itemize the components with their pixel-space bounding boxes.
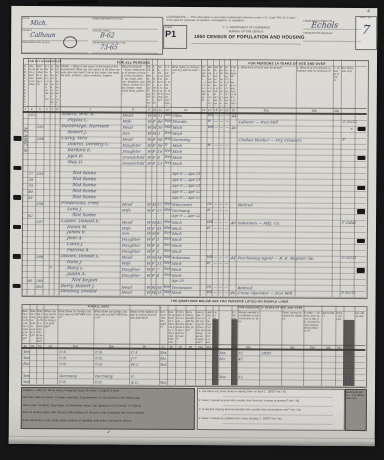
cell-sex: F	[152, 160, 155, 165]
sample-line-stamp-left	[13, 284, 21, 288]
cell-occupation: Salesman — Mfg. Co.	[238, 220, 281, 225]
sample-cell-grade: C-1	[131, 349, 139, 354]
sample-col-number-10: 30	[185, 345, 195, 349]
cell-marital: Nev	[164, 160, 172, 164]
cell-dash: —	[224, 208, 228, 212]
cell-marital: Nev	[164, 231, 172, 235]
sample-col-number-8: 28	[167, 345, 175, 349]
main-col-header-11: Is he now married, widowed, divorced, se…	[165, 66, 171, 106]
sample-col-header-21: Other service	[336, 312, 343, 344]
enumerator-signature: Echols	[311, 21, 339, 30]
sheet-no-label: SHEET NO.	[357, 17, 375, 21]
main-col-header-13: If foreign born — Is he naturalized?	[202, 66, 207, 106]
cell-dash: —	[224, 202, 228, 206]
cell-relationship: Daughter	[121, 249, 140, 254]
cell-activity: H	[207, 143, 211, 147]
cell-not-home: Not home	[72, 172, 97, 177]
sample-col-header-19: If male — Did he ever serve in the U.S. …	[304, 312, 321, 344]
main-col-header-3: Is this house on a farm (or ranch)?	[45, 65, 50, 105]
field-value-4: B-62	[100, 32, 115, 39]
cell-relationship: Head	[122, 113, 133, 118]
main-col-header-6: NAME — What is the name of the head of t…	[61, 65, 121, 105]
cell-relationship: Daughter	[122, 243, 141, 248]
cell-relationship: Head	[122, 201, 133, 206]
page-bottom-curl	[9, 438, 375, 446]
cell-race: W	[146, 255, 151, 260]
cell-birthplace: Mich	[172, 155, 183, 160]
cell-age: 58	[156, 284, 162, 289]
cell-house-number: 80	[28, 189, 34, 194]
cell-house-number: 81	[28, 195, 34, 200]
sample-cell-father: Germany	[59, 373, 78, 378]
sample-cell-21: Yes	[22, 348, 29, 353]
cell-serial-number: 299	[35, 278, 43, 283]
cell-race: W	[147, 119, 152, 124]
cell-relationship: Head	[122, 125, 133, 130]
cell-race: W	[147, 113, 152, 118]
sample-col-number-21: 33c	[335, 346, 343, 350]
cell-marital: Wid	[163, 284, 171, 288]
cell-dash: —	[214, 125, 218, 129]
cell-not-home: Not home	[72, 183, 97, 188]
cell-sex: F	[151, 261, 154, 266]
sample-cell-mother: U.S.	[95, 349, 104, 354]
sample-line-stamp-right	[357, 127, 365, 131]
confidential-note: CONFIDENTIAL — This information is accor…	[166, 16, 296, 25]
main-col-header-8: RACE — White (W) Negro (Neg) Amer. India…	[147, 66, 152, 106]
cell-dash: —	[213, 285, 217, 289]
census-title: 1950 CENSUS OF POPULATION AND HOUSING	[194, 34, 304, 40]
cell-race: W	[146, 202, 151, 207]
cell-dash: —	[218, 261, 222, 265]
cell-race: W	[146, 261, 151, 266]
sample-cell-grade: A.C.	[131, 379, 140, 384]
cell-age: 46	[157, 119, 163, 124]
cell-name: Fredericks, Fred	[61, 201, 99, 206]
cell-relationship: Son	[122, 231, 130, 236]
field-value-0: Mich.	[30, 20, 48, 27]
sample-cell-29: Yes	[219, 374, 226, 379]
sample-cell-finished: No	[160, 355, 166, 360]
title-rule	[191, 43, 301, 45]
cell-occupation: Retired	[238, 202, 253, 207]
cell-hours: 40	[230, 291, 236, 296]
sample-line-stamp-right	[357, 156, 365, 160]
cell-callback-note: Apr 20	[171, 278, 184, 282]
cell-relationship: Head	[122, 219, 133, 224]
cell-relationship: Head	[122, 137, 133, 142]
cell-dash: —	[219, 143, 223, 147]
cell-birthplace: Mich	[171, 231, 182, 236]
sample-col-number-12: 31b	[205, 345, 212, 349]
cell-name: Davies, Donald L.	[60, 254, 100, 259]
cell-dash: —	[224, 285, 228, 289]
field-value-1: Calhoun	[30, 32, 56, 39]
cell-age: 34	[156, 255, 162, 260]
cell-race: W	[147, 131, 152, 136]
cell-birthplace: Mich	[172, 149, 183, 154]
cell-age: 51	[157, 113, 163, 118]
shaded-column-13	[212, 319, 218, 385]
sample-col-header-12: Last year, how much money did he earn in…	[206, 311, 212, 343]
scanned-census-sheet: STATEMich.COUNTYCalhounINCORPORATED PLAC…	[0, 0, 384, 460]
cell-marital: Mar	[164, 225, 172, 229]
census-page: STATEMich.COUNTYCalhounINCORPORATED PLAC…	[9, 6, 378, 446]
cell-house-number: 85	[27, 278, 33, 283]
sample-col-number-7: 27	[159, 345, 167, 349]
cell-name: James E.	[67, 231, 87, 236]
cell-race: W	[146, 290, 151, 295]
sample-col-header-23: For office use	[355, 312, 365, 344]
cell-birthplace: Mich	[171, 225, 182, 230]
sample-line-stamp-left	[13, 225, 21, 229]
sample-col-header-11: Last year, how much money did he earn wo…	[196, 311, 205, 343]
cell-name: Dobrin, Dorothy C.	[67, 142, 110, 147]
cell-house-number: 82	[28, 213, 34, 218]
cell-relationship: Head	[121, 284, 132, 289]
main-col-number-20: 20b	[296, 109, 333, 113]
cell-activity: Wk	[207, 113, 213, 117]
cell-dash: —	[219, 226, 223, 230]
cell-birthplace: Ohio	[172, 113, 182, 118]
sample-col-header-20: World War I	[322, 312, 335, 344]
cell-race: W	[146, 231, 151, 236]
sample-col-number-5: 25b	[93, 344, 129, 348]
cell-race: W	[147, 160, 152, 165]
sample-col-header-10: How many weeks did he work last year?	[186, 311, 195, 343]
cell-sex: F	[152, 208, 155, 213]
cell-name: May D.	[67, 160, 83, 165]
cell-occupation: Crane Operator — Iron Mill	[237, 291, 292, 296]
main-col-number-18: 19	[230, 108, 237, 112]
main-col-header-17: Even though he didn't work last week, do…	[225, 66, 230, 106]
noise-dot-1	[351, 128, 353, 130]
cell-name: Albers, Wm. R.	[61, 113, 95, 118]
sample-col-header-4: What State (or foreign country) was his …	[58, 310, 93, 342]
cell-race: W	[146, 208, 151, 213]
sample-cell-mother: U.S.	[95, 355, 104, 360]
cell-name: Bainbridge, Harrison	[61, 124, 109, 129]
cell-callback-note: Apr 9 — Apr 22	[172, 214, 201, 218]
cell-dash: —	[219, 119, 223, 123]
cell-age: 57	[157, 208, 163, 213]
sample-cell-mother: U.S.	[95, 361, 104, 366]
sample-col-header-1: Was he living on a farm a year ago?	[30, 310, 36, 342]
cell-relationship: Daughter	[122, 237, 141, 242]
cell-dash: —	[213, 226, 217, 230]
cell-serial-number: 297	[36, 219, 44, 224]
cell-dash: —	[225, 119, 229, 123]
cell-birthplace: Mich	[172, 160, 183, 165]
cell-sex: F	[152, 149, 155, 154]
cell-birthplace: Mich	[171, 243, 182, 248]
cell-serial-number: 294	[36, 136, 44, 141]
cell-name: Patricia A.	[66, 248, 90, 253]
field-value-5: 73-65	[100, 44, 118, 51]
cell-race: W	[147, 143, 152, 148]
cell-birthplace: Mich	[171, 261, 182, 266]
cell-relationship: Daughter	[122, 142, 141, 147]
main-col-number-2: 3	[36, 107, 44, 111]
cell-name: Barbara E.	[67, 148, 92, 153]
cell-serial-number: 298	[35, 254, 43, 259]
sample-line-stamp-right	[357, 186, 365, 190]
noise-dot-2	[310, 258, 312, 260]
shaded-column-15	[231, 319, 237, 385]
cell-race: W	[147, 137, 152, 142]
cell-sex: F	[152, 243, 155, 248]
dept-line2: BUREAU OF THE CENSUS	[191, 29, 301, 33]
sample-col-header-3: What county and State was he living in a…	[44, 310, 57, 342]
sample-cell-father: U.S.	[59, 361, 68, 366]
sample-cell-father: U.S.	[59, 379, 68, 384]
cell-birthplace: Mich	[172, 143, 183, 148]
cell-activity: Wk	[206, 290, 212, 294]
cell-dash: —	[225, 143, 229, 147]
sample-col-number-6: 26	[129, 345, 159, 349]
sample-cell-mother: Germany	[95, 373, 114, 378]
cell-marital: Nev	[164, 149, 172, 153]
cell-callback-note: Apr 9 — Apr 22	[172, 190, 201, 194]
cell-dash: —	[219, 255, 223, 259]
cell-birthplace: Germany	[171, 208, 190, 213]
cell-birthplace: Mich	[171, 290, 182, 295]
sample-line-stamp-right	[356, 268, 364, 272]
cell-relationship: Head	[121, 290, 132, 295]
cell-not-home: Not begun	[71, 278, 97, 283]
main-col-number-6: 7	[60, 107, 121, 111]
main-col-header-12: What State (or foreign country) was he b…	[172, 66, 201, 106]
noise-dot-0	[70, 156, 72, 158]
cell-race: W	[146, 237, 151, 242]
main-col-header-20: b. What kind of business or industry was…	[297, 67, 333, 107]
sample-col-number-18: 32c	[281, 345, 303, 349]
cell-sex: F	[151, 272, 154, 277]
cell-birthplace: Tennessee	[171, 284, 192, 289]
main-col-header-0: NAME OF STREET, AVENUE, OR ROAD	[24, 65, 28, 105]
cell-relationship: Daughter	[122, 148, 141, 153]
footer-code-line-4: Enter all entries in ink. Verify serial …	[23, 418, 191, 426]
cell-office-code: P 50212	[341, 291, 356, 295]
sample-col-number-20: 33b	[321, 346, 335, 350]
cell-birthplace: Mich	[171, 267, 182, 272]
sample-cell-weeks: 52	[238, 350, 244, 355]
sample-col-number-19: 33a	[303, 346, 321, 350]
cell-hours: 40	[230, 220, 236, 225]
cell-dash: —	[214, 143, 218, 147]
noise-dot-4	[50, 266, 52, 268]
main-col-number-7: 8	[121, 108, 146, 112]
cell-activity: Ot	[207, 202, 212, 206]
cell-race: W	[147, 125, 152, 130]
cell-dash: —	[224, 255, 228, 259]
cell-marital: Nev	[164, 237, 172, 241]
cell-birthplace: Arkansas	[171, 255, 190, 260]
cell-birthplace: Mich	[172, 131, 183, 136]
sample-col-header-16: Money earned by relatives in own busines…	[238, 311, 259, 343]
cell-birthplace: Mich	[171, 249, 182, 254]
pencil-check-mark: ✓	[107, 429, 111, 435]
cell-occupation: Retired	[237, 285, 252, 290]
sample-col-number-0: 21	[21, 344, 29, 348]
right-field-rule-1	[303, 41, 361, 42]
sample-line-stamp-left	[13, 254, 21, 258]
cell-birthplace: Mich	[171, 219, 182, 224]
main-col-header-7: RELATIONSHIP — Enter relationship of per…	[122, 66, 146, 106]
cell-office-code: P 20441	[342, 221, 357, 225]
sample-cell-finished: Yes	[160, 379, 167, 384]
cell-callback-note: Apr 9 — Apr 21	[172, 184, 201, 188]
cell-name: Berry, Robert J.	[60, 284, 95, 289]
sample-cell-grade: H-2	[131, 361, 139, 366]
field-label-2: INCORPORATED PLACE	[22, 41, 88, 45]
cell-serial-number: 295	[36, 171, 44, 176]
cell-house-number: 77	[28, 171, 34, 176]
cell-marital: Nev	[163, 273, 171, 277]
sample-cell-office: 8-1	[345, 380, 352, 385]
cell-relationship: Wife	[122, 207, 132, 212]
main-col-header-16: Was this person looking for work?	[220, 66, 224, 106]
sample-cell-father: U.S.	[59, 349, 68, 354]
cell-sex: M	[152, 219, 157, 224]
cell-name: Carol J.	[67, 242, 84, 247]
main-col-header-14: What was this person doing most of last …	[208, 66, 213, 106]
sample-col-number-4: 25a	[57, 344, 93, 348]
sample-col-header-18: Other money received by relatives	[282, 311, 303, 343]
cell-marital: D	[164, 143, 168, 147]
sample-cell-weeks: 52	[238, 374, 244, 379]
cell-relationship: Wife	[122, 119, 132, 124]
cell-name: Mary L.	[66, 266, 84, 271]
cell-activity: H	[206, 261, 210, 265]
cell-sex: F	[152, 225, 155, 230]
main-col-number-11: 12	[164, 108, 171, 112]
cell-activity: Wk	[207, 125, 213, 129]
sample-col-header-2: Was he living in this same county a year…	[37, 310, 43, 342]
cell-birthplace: Mich	[172, 125, 183, 130]
cell-dash: —	[218, 291, 222, 295]
cell-age: 31	[156, 290, 162, 295]
main-col-header-2: Serial number of dwelling unit	[37, 65, 44, 105]
sample-cell-29: No	[219, 356, 225, 361]
cell-dash: —	[213, 202, 217, 206]
cell-race: W	[146, 249, 151, 254]
cell-name: Jean A.	[67, 237, 84, 242]
field-label-3: UNINCORPORATED PLACE	[92, 17, 158, 21]
cell-name: Carey, Vera	[61, 136, 87, 141]
sample-caption: THE QUESTIONS BELOW ARE FOR PERSONS LIST…	[110, 298, 350, 303]
cell-relationship: Daughter	[121, 272, 140, 277]
cell-marital: Nev	[164, 249, 172, 253]
cell-callback-note: Apr 9 — Apr 22	[172, 196, 201, 200]
cell-relationship: Wife	[122, 225, 132, 230]
main-col-header-5: Agriculture questionnaire number	[56, 65, 60, 105]
cell-race: W	[146, 219, 151, 224]
cell-name: Lena J.	[67, 207, 83, 212]
sample-cell-earnings: 2850	[261, 350, 272, 355]
cell-relationship: Grandchild	[122, 160, 145, 165]
cell-dash: —	[213, 208, 217, 212]
sample-col-number-9: 29	[175, 345, 185, 349]
sample-col-header-9: If 14 years old or over — Did he work at…	[176, 311, 185, 343]
cell-relationship: Daughter	[121, 266, 140, 271]
cell-hours: 44	[231, 114, 237, 119]
cell-dash: —	[218, 285, 222, 289]
cell-hours: 44	[230, 255, 236, 260]
sample-col-header-0: Was he living in this same house a year …	[22, 310, 29, 342]
main-col-number-12: 13	[171, 108, 201, 112]
sample-cell-finished: Yes	[160, 361, 167, 366]
cell-marital: Nev	[164, 243, 172, 247]
cell-marital: Wid	[164, 137, 172, 141]
cell-sex: F	[152, 154, 155, 159]
cell-dash: —	[224, 261, 228, 265]
cell-name: Phyllis C.	[67, 119, 88, 124]
cell-sex: F	[152, 143, 155, 148]
group-title-left: FOR ALL HOUSEHOLDS	[28, 59, 60, 62]
main-col-header-10: AGE — How old was he on his last birthda…	[158, 66, 164, 106]
form-number: P1	[165, 29, 176, 39]
cell-race: W	[146, 284, 151, 289]
main-col-number-19: 20a	[237, 108, 296, 112]
corner-mark: 4	[367, 8, 370, 13]
cell-dash: —	[224, 226, 228, 230]
cell-age: 16	[157, 149, 163, 154]
sample-cell-21: Yes	[22, 372, 29, 377]
cell-activity: Wk	[207, 255, 213, 259]
sample-cell-office: S-1	[345, 374, 352, 379]
sample-cell-29: Yes	[219, 350, 226, 355]
cell-office-code: O 20212	[342, 120, 357, 124]
cell-birthplace: Wisconsin	[171, 202, 192, 207]
cell-race: W	[147, 154, 152, 159]
sample-line-stamp-right	[356, 239, 364, 243]
cell-not-home: Not home	[72, 213, 97, 218]
sample-col-number-3: 24	[43, 344, 57, 348]
cell-name: Judith A.	[66, 272, 86, 277]
cell-marital: Nev	[163, 267, 171, 271]
sample-line-stamp-left	[14, 136, 22, 140]
cell-sex: F	[152, 237, 155, 242]
right-field-label-1: ENUMERATOR (Signature)	[303, 32, 359, 36]
cell-dash: —	[224, 220, 228, 224]
sample-col-header-7: Did he finish this grade?	[160, 311, 167, 343]
cell-age: 36	[157, 143, 163, 148]
cell-dash: —	[224, 291, 228, 295]
cell-activity: Wk	[207, 220, 213, 224]
main-col-number-21: 20c	[333, 109, 341, 113]
cell-birthplace: Florida	[172, 119, 187, 124]
cell-sex: F	[152, 119, 155, 124]
cell-activity: H	[207, 208, 211, 212]
main-col-number-1: 2	[28, 107, 36, 111]
cell-race: W	[146, 243, 151, 248]
sample-col-number-11: 31a	[195, 345, 205, 349]
cell-activity: Ot	[206, 285, 211, 289]
cell-dash: —	[213, 261, 217, 265]
sample-cell-21: Yes	[22, 378, 29, 383]
sample-cell-mother: U.S.	[95, 379, 104, 384]
sample-cell-grade: J-7	[131, 355, 137, 360]
cell-relationship: Head	[121, 255, 132, 260]
sample-cell-office: S-2	[345, 350, 352, 355]
sample-cell-weeks: 41	[238, 356, 244, 361]
sample-line-stamp-right	[357, 209, 365, 213]
cell-house-number: 202	[28, 112, 36, 117]
scan-streak-1	[38, 0, 98, 5]
sample-col-header-8: Has he attended school at any time since…	[168, 311, 175, 343]
cell-not-home: Not home	[72, 195, 97, 200]
